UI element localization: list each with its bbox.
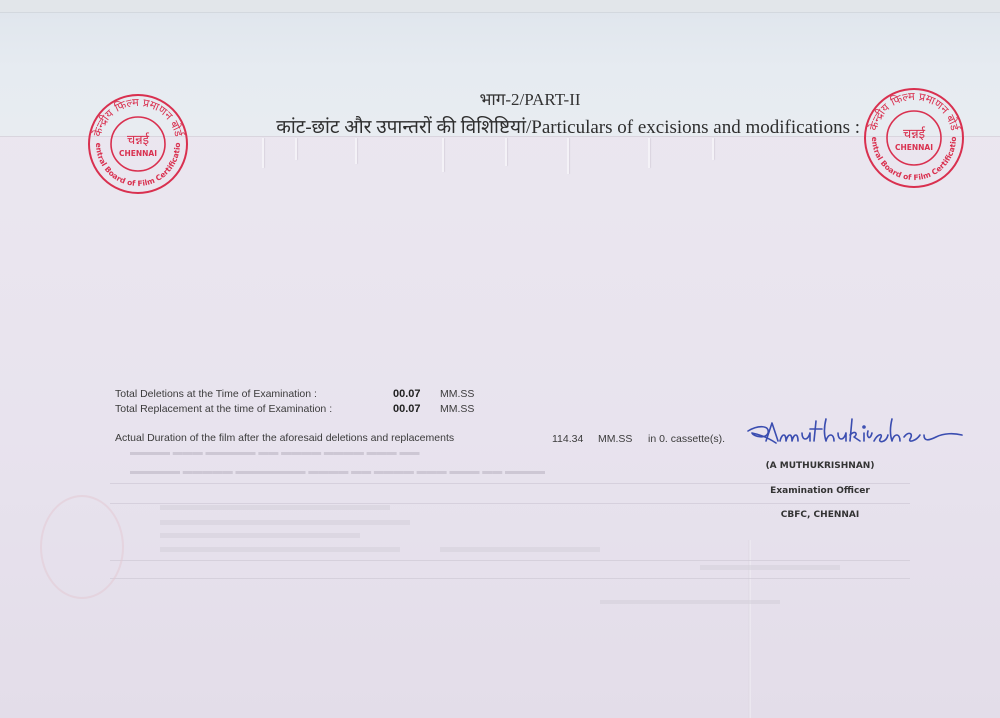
duration-label: Actual Duration of the film after the af… <box>115 432 454 444</box>
svg-text:चन्नई: चन्नई <box>127 132 150 148</box>
paper-crease <box>505 138 507 166</box>
svg-text:चन्नई: चन्नई <box>903 126 926 142</box>
section-title: कांट-छांट और उपान्तरों की विशिष्टियां/Pa… <box>200 113 860 139</box>
ghost-text: ▬▬▬▬▬ ▬▬▬▬▬ ▬▬▬▬▬▬▬ ▬▬▬▬ ▬▬ ▬▬▬▬ ▬▬▬ ▬▬▬… <box>130 466 545 477</box>
ghost-text-block <box>160 547 400 552</box>
paper-crease <box>648 138 650 168</box>
ghost-text-block <box>160 520 410 525</box>
duration-cassettes: in 0. cassette(s). <box>648 433 725 445</box>
svg-text:CHENNAI: CHENNAI <box>895 143 933 152</box>
paper-crease <box>295 138 297 160</box>
ghost-text-block <box>440 547 600 552</box>
paper-crease <box>442 138 444 172</box>
ghost-signature <box>600 600 780 604</box>
deletions-value: 00.07 <box>393 388 421 400</box>
paper-crease <box>262 138 264 168</box>
cbfc-stamp-left: केन्द्रीय फिल्म प्रमाणन बोर्ड Central Bo… <box>86 92 190 196</box>
officer-designation: Examination Officer <box>740 486 900 496</box>
ghost-table-line <box>110 483 910 484</box>
deletions-label: Total Deletions at the Time of Examinati… <box>115 388 317 400</box>
officer-office: CBFC, CHENNAI <box>740 510 900 520</box>
cbfc-seal-icon: केन्द्रीय फिल्म प्रमाणन बोर्ड Central Bo… <box>862 86 966 190</box>
ghost-text: ▬▬▬▬ ▬▬▬ ▬▬▬▬▬ ▬▬ ▬▬▬▬ ▬▬▬▬ ▬▬▬ ▬▬ <box>130 447 419 458</box>
paper-crease <box>355 138 357 164</box>
paper-crease <box>567 138 569 174</box>
duration-value: 114.34 <box>552 433 583 445</box>
svg-text:CHENNAI: CHENNAI <box>119 149 157 158</box>
duration-unit: MM.SS <box>598 433 632 445</box>
ghost-text-block <box>160 533 360 538</box>
signature-icon <box>740 415 965 455</box>
paper-crease <box>712 138 714 160</box>
ghost-table-line <box>110 560 910 561</box>
cbfc-seal-icon: केन्द्रीय फिल्म प्रमाणन बोर्ड Central Bo… <box>86 92 190 196</box>
ghost-table-line <box>110 503 910 504</box>
ghost-stamp <box>40 495 124 599</box>
ghost-text-block <box>160 505 390 510</box>
ghost-table-line <box>110 578 910 579</box>
replacement-value: 00.07 <box>393 403 421 415</box>
ghost-text-block <box>700 565 840 570</box>
replacement-label: Total Replacement at the time of Examina… <box>115 403 332 415</box>
deletions-unit: MM.SS <box>440 388 474 400</box>
certificate-page: ▬▬▬▬ ▬▬▬ ▬▬▬▬▬ ▬▬ ▬▬▬▬ ▬▬▬▬ ▬▬▬ ▬▬ ▬▬▬▬▬… <box>0 0 1000 718</box>
cbfc-stamp-right: केन्द्रीय फिल्म प्रमाणन बोर्ड Central Bo… <box>862 86 966 190</box>
officer-name: (A MUTHUKRISHNAN) <box>740 461 900 471</box>
replacement-unit: MM.SS <box>440 403 474 415</box>
paper-top-edge <box>0 0 1000 13</box>
